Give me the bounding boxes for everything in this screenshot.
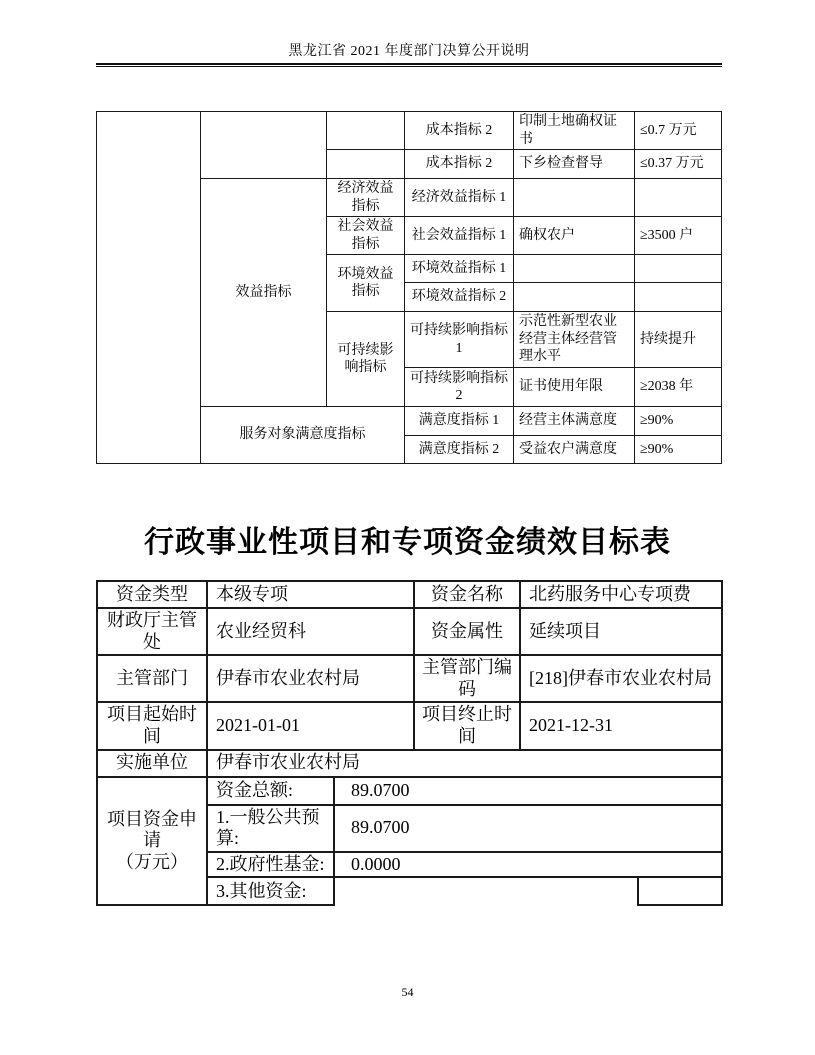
cell-indicator: 环境效益指标 2: [405, 283, 514, 312]
cell-corner-box: [638, 877, 722, 905]
cell-impl-unit-label: 实施单位: [97, 750, 207, 777]
performance-indicator-table: 成本指标 2 印制土地确权证 书 ≤0.7 万元 成本指标 2 下乡检查督导 ≤…: [96, 111, 722, 464]
cell-indicator: 成本指标 2: [405, 112, 514, 150]
table-row: 财政厅主管 处 农业经贸科 资金属性 延续项目: [97, 608, 722, 655]
cell-target-value: ≥90%: [635, 436, 722, 464]
cell-target-value: ≥2038 年: [635, 368, 722, 407]
cell-indicator-name: 证书使用年限: [514, 368, 635, 407]
cell-public-budget-value: 89.0700: [334, 805, 722, 852]
cell-group-benefit: 效益指标: [201, 179, 327, 407]
cell-indicator: 可持续影响指标 1: [405, 312, 514, 368]
cell-subgroup-sustainable: 可持续影 响指标: [327, 312, 405, 407]
cell-subgroup-social: 社会效益 指标: [327, 217, 405, 255]
cell-fund-request-label: 项目资金申 请 （万元）: [97, 777, 207, 906]
table-row: 资金类型 本级专项 资金名称 北药服务中心专项费: [97, 581, 722, 608]
cell-indicator: 满意度指标 1: [405, 407, 514, 436]
cell-start-time-label: 项目起始时 间: [97, 702, 207, 749]
cell-supervisor-code-value: [218]伊春市农业农村局: [520, 655, 722, 702]
cell-subgroup-economic: 经济效益 指标: [327, 179, 405, 217]
cell-target-value: ≤0.7 万元: [635, 112, 722, 150]
cell-indicator-name: 确权农户: [514, 217, 635, 255]
cell-group-satisfaction: 服务对象满意度指标: [201, 407, 405, 464]
cell-target-value: ≤0.37 万元: [635, 150, 722, 179]
cell-target-value: ≥90%: [635, 407, 722, 436]
cell-indicator-name: [514, 179, 635, 217]
cell-spanned-empty-level1: [97, 112, 201, 464]
cell-indicator: 可持续影响指标 2: [405, 368, 514, 407]
cell-end-time-label: 项目终止时 间: [414, 702, 520, 749]
cell-fund-total-label: 资金总额:: [207, 777, 334, 805]
cell-indicator: 成本指标 2: [405, 150, 514, 179]
cell-fund-type-value: 本级专项: [207, 581, 414, 608]
table-row: 主管部门 伊春市农业农村局 主管部门编 码 [218]伊春市农业农村局: [97, 655, 722, 702]
cell-indicator-name: [514, 255, 635, 283]
cell-indicator: 经济效益指标 1: [405, 179, 514, 217]
cell-gov-fund-label: 2.政府性基金:: [207, 852, 334, 878]
cell-indicator-name: 印制土地确权证 书: [514, 112, 635, 150]
cell-other-funds-label: 3.其他资金:: [207, 877, 334, 905]
cell-fund-name-label: 资金名称: [414, 581, 520, 608]
table-row: 实施单位 伊春市农业农村局: [97, 750, 722, 777]
cell-fund-type-label: 资金类型: [97, 581, 207, 608]
cell-dept-division-label: 财政厅主管 处: [97, 608, 207, 655]
cell-indicator: 社会效益指标 1: [405, 217, 514, 255]
cell-target-value: [635, 255, 722, 283]
cell-end-time-value: 2021-12-31: [520, 702, 722, 749]
cell-indicator: 满意度指标 2: [405, 436, 514, 464]
document-page: 黑龙江省 2021 年度部门决算公开说明 成本指标 2 印制土地确权证 书 ≤0…: [0, 0, 815, 1055]
cell-fund-total-value: 89.0700: [334, 777, 722, 805]
cell-indicator-name: 示范性新型农业 经营主体经营管 理水平: [514, 312, 635, 368]
cell-empty-group: [327, 112, 405, 150]
cell-indicator-name: 经营主体满意度: [514, 407, 635, 436]
table-row: 成本指标 2 印制土地确权证 书 ≤0.7 万元: [97, 112, 722, 150]
project-fund-table: 资金类型 本级专项 资金名称 北药服务中心专项费 财政厅主管 处 农业经贸科 资…: [96, 580, 723, 906]
cell-spanned-empty-level2: [201, 112, 327, 179]
cell-target-value: 持续提升: [635, 312, 722, 368]
header-title: 黑龙江省 2021 年度部门决算公开说明: [96, 40, 722, 60]
cell-empty-group: [327, 150, 405, 179]
cell-indicator-name: 受益农户满意度: [514, 436, 635, 464]
cell-supervisor-dept-value: 伊春市农业农村局: [207, 655, 414, 702]
cell-subgroup-environment: 环境效益 指标: [327, 255, 405, 312]
cell-gov-fund-value: 0.0000: [334, 852, 722, 878]
cell-start-time-value: 2021-01-01: [207, 702, 414, 749]
cell-target-value: [635, 283, 722, 312]
cell-target-value: ≥3500 户: [635, 217, 722, 255]
cell-fund-name-value: 北药服务中心专项费: [520, 581, 722, 608]
table-row: 项目资金申 请 （万元） 资金总额: 89.0700: [97, 777, 722, 805]
cell-indicator: 环境效益指标 1: [405, 255, 514, 283]
cell-supervisor-code-label: 主管部门编 码: [414, 655, 520, 702]
cell-other-funds-value-area: [334, 877, 638, 905]
cell-target-value: [635, 179, 722, 217]
cell-impl-unit-value: 伊春市农业农村局: [207, 750, 722, 777]
cell-supervisor-dept-label: 主管部门: [97, 655, 207, 702]
cell-fund-attribute-value: 延续项目: [520, 608, 722, 655]
section-title: 行政事业性项目和专项资金绩效目标表: [0, 517, 815, 561]
page-number: 54: [0, 985, 815, 1000]
cell-indicator-name: [514, 283, 635, 312]
cell-dept-division-value: 农业经贸科: [207, 608, 414, 655]
header-rule: [96, 63, 722, 67]
cell-fund-attribute-label: 资金属性: [414, 608, 520, 655]
cell-indicator-name: 下乡检查督导: [514, 150, 635, 179]
table-row: 项目起始时 间 2021-01-01 项目终止时 间 2021-12-31: [97, 702, 722, 749]
cell-public-budget-label: 1.一般公共预 算:: [207, 805, 334, 852]
